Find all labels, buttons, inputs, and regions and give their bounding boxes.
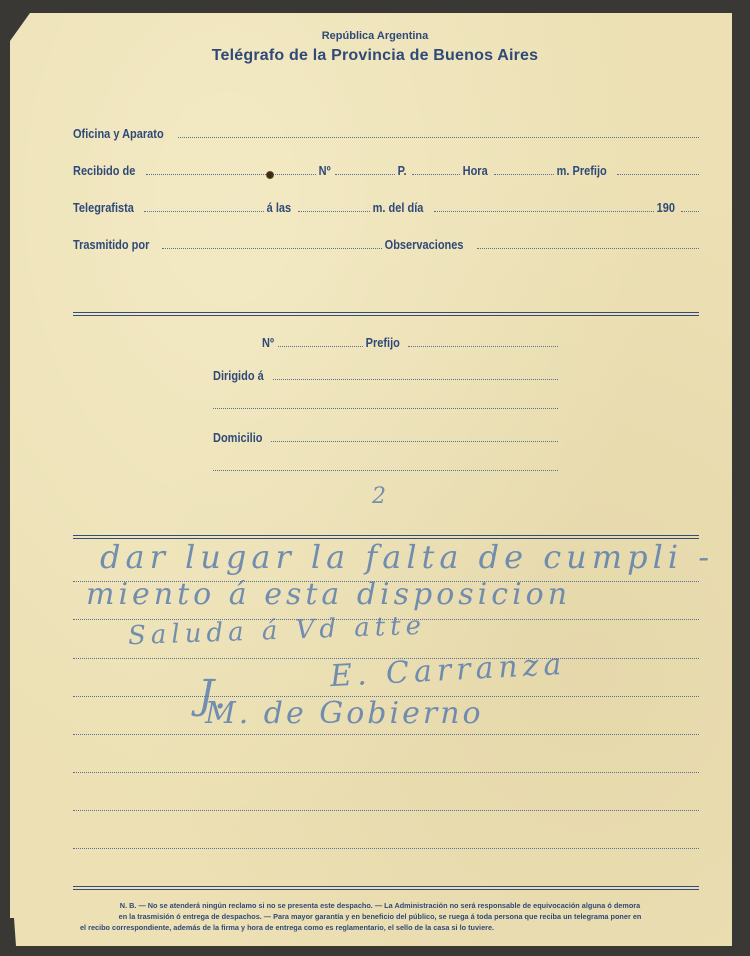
year-prefix: 190 xyxy=(654,201,678,216)
observaciones-label: Observaciones xyxy=(382,238,466,253)
address-prefijo-label: Prefijo xyxy=(363,336,403,351)
footnote: N. B. — No se atenderá ningún reclamo si… xyxy=(80,900,680,933)
divider-footer xyxy=(73,886,699,890)
year-field[interactable] xyxy=(681,210,699,212)
numero-label: Nº xyxy=(316,164,333,179)
p-field[interactable] xyxy=(412,173,460,175)
telegrafista-row: Telegrafista á las m. del día 190 xyxy=(73,198,699,216)
header-title: Telégrafo de la Provincia de Buenos Aire… xyxy=(0,47,750,65)
telegrafista-label: Telegrafista xyxy=(73,201,136,216)
recibido-label: Recibido de xyxy=(73,164,137,179)
p-label: P. xyxy=(395,164,409,179)
trasmitido-field[interactable] xyxy=(162,247,382,249)
telegram-form-paper xyxy=(10,13,732,946)
m-del-dia-label: m. del día xyxy=(370,201,426,216)
a-las-label: á las xyxy=(264,201,294,216)
dirigido-field[interactable] xyxy=(273,378,558,380)
oficina-label: Oficina y Aparato xyxy=(73,127,165,142)
message-line-6[interactable] xyxy=(73,771,699,773)
numero-field[interactable] xyxy=(335,173,395,175)
handwritten-line-1: dar lugar la falta de cumpli - xyxy=(100,538,714,576)
trasmitido-row: Trasmitido por Observaciones xyxy=(73,235,699,253)
handwritten-line-2: miento á esta disposicion xyxy=(86,577,571,612)
address-numero-label: Nº xyxy=(262,336,276,351)
ink-stain xyxy=(266,171,274,179)
footnote-line-1: N. B. — No se atenderá ningún reclamo si… xyxy=(80,900,680,911)
oficina-field[interactable] xyxy=(178,136,699,138)
handwritten-title: M. de Gobierno xyxy=(205,696,484,731)
domicilio-field[interactable] xyxy=(271,440,558,442)
domicilio-row: Domicilio xyxy=(213,428,558,446)
domicilio-field-line2[interactable] xyxy=(213,469,558,471)
hora-field[interactable] xyxy=(494,173,554,175)
dirigido-field-line2[interactable] xyxy=(213,407,558,409)
message-line-8[interactable] xyxy=(73,847,699,849)
domicilio-label: Domicilio xyxy=(213,431,264,446)
header-country: República Argentina xyxy=(0,30,750,42)
footnote-line-2: en la trasmisión ó entrega de despachos.… xyxy=(80,911,680,922)
address-prefijo-field[interactable] xyxy=(408,345,559,347)
oficina-row: Oficina y Aparato xyxy=(73,124,699,142)
message-line-7[interactable] xyxy=(73,809,699,811)
dirigido-label: Dirigido á xyxy=(213,369,265,384)
handwritten-page-number: 2 xyxy=(372,484,389,509)
message-line-5[interactable] xyxy=(73,733,699,735)
a-las-field[interactable] xyxy=(298,210,370,212)
footnote-line-3: el recibo correspondiente, además de la … xyxy=(80,922,680,933)
dirigido-row: Dirigido á xyxy=(213,366,558,384)
divider-top xyxy=(73,312,699,316)
dia-field[interactable] xyxy=(434,210,654,212)
address-number-row: Nº Prefijo xyxy=(262,333,558,351)
trasmitido-label: Trasmitido por xyxy=(73,238,151,253)
m-prefijo-label: m. Prefijo xyxy=(554,164,609,179)
observaciones-field[interactable] xyxy=(477,247,699,249)
recibido-field[interactable] xyxy=(146,173,316,175)
address-numero-field[interactable] xyxy=(278,345,363,347)
hora-label: Hora xyxy=(460,164,490,179)
telegrafista-field[interactable] xyxy=(144,210,264,212)
prefijo-field[interactable] xyxy=(617,173,699,175)
recibido-row: Recibido de Nº P. Hora m. Prefijo xyxy=(73,161,699,179)
